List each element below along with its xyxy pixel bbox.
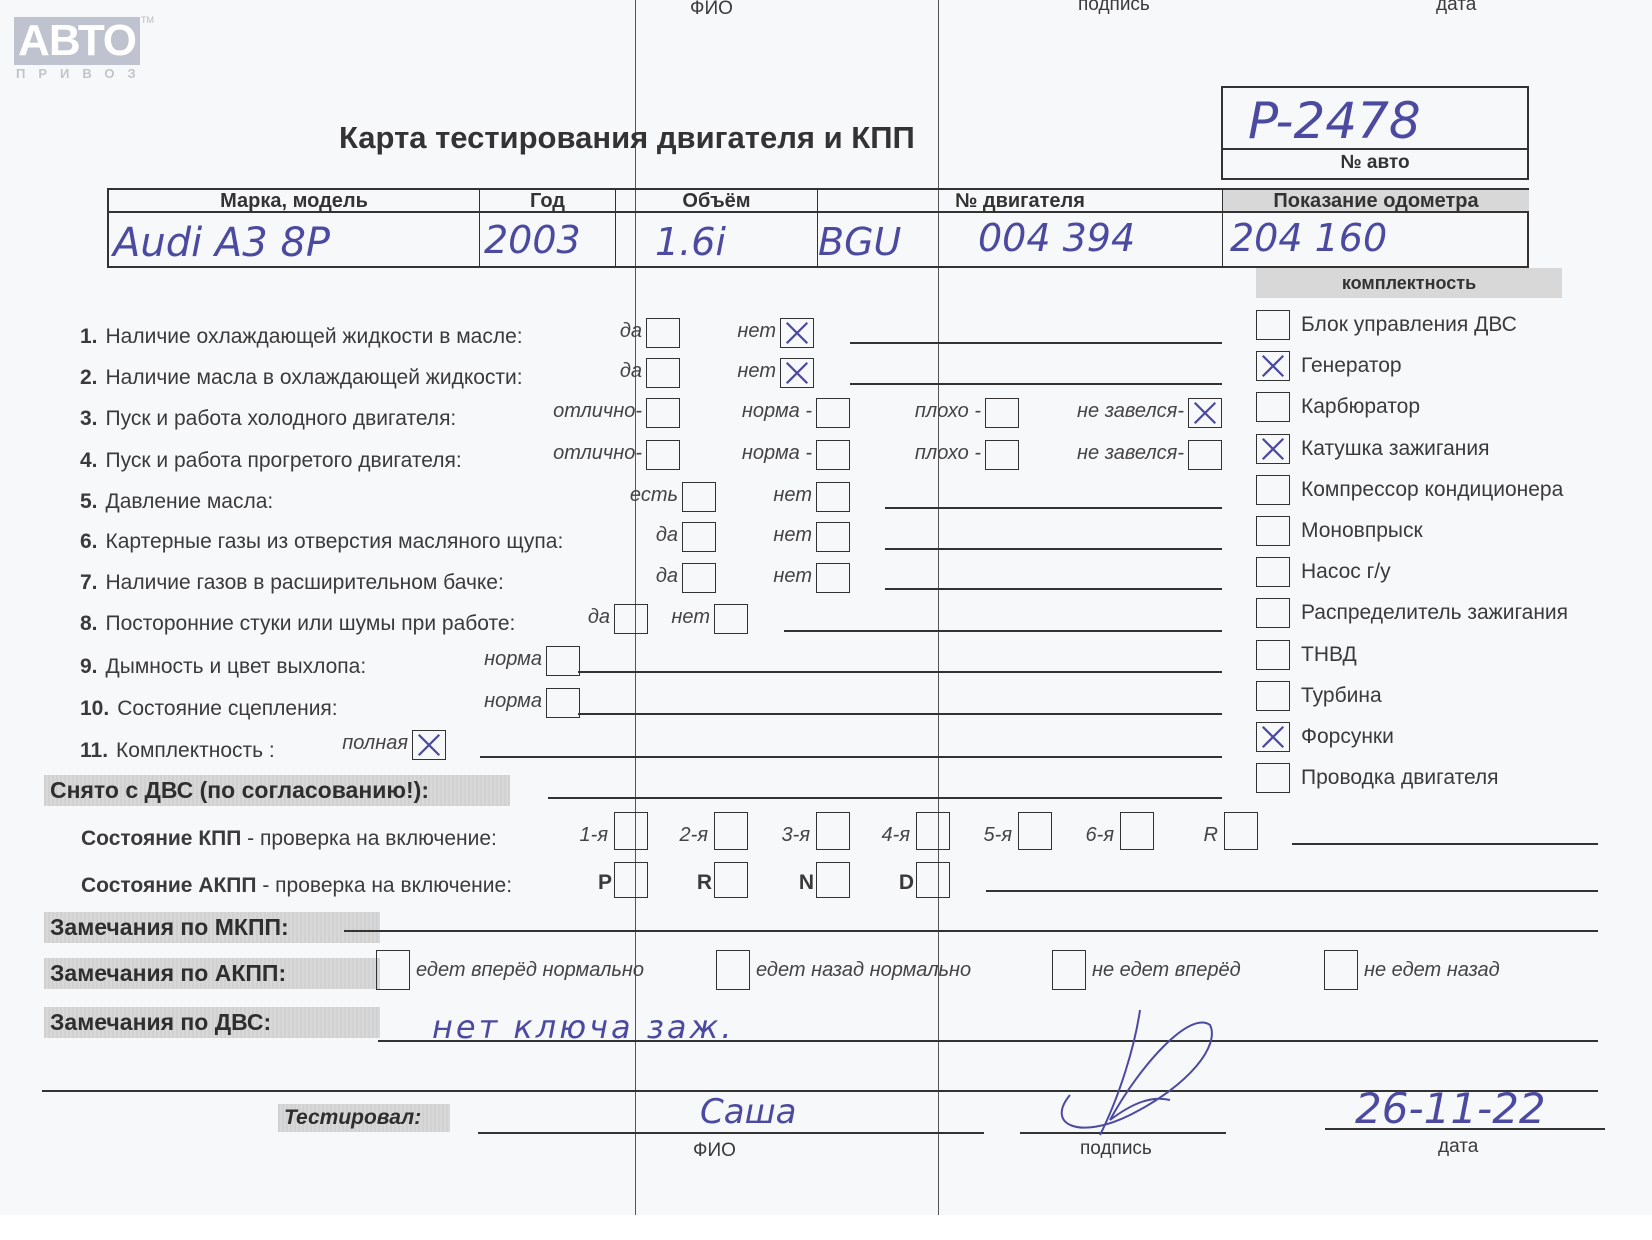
date-caption: дата xyxy=(1438,1136,1478,1158)
completeness-checkbox[interactable] xyxy=(1256,475,1290,505)
akpp-remark-label: не едет назад xyxy=(1364,959,1500,982)
remark-line xyxy=(578,713,1222,715)
checkbox-7-2[interactable] xyxy=(816,563,850,593)
fio-caption: ФИО xyxy=(693,1140,736,1162)
checkbox-4-3[interactable] xyxy=(985,440,1019,470)
akpp-remark-label: едет вперёд нормально xyxy=(416,959,644,982)
option-label: нет xyxy=(773,484,812,507)
gear-checkbox[interactable] xyxy=(816,812,850,850)
option-label: полная xyxy=(342,732,408,755)
completeness-checkbox[interactable] xyxy=(1256,310,1290,340)
option-label: нет xyxy=(737,320,776,343)
top-date-label: дата xyxy=(1436,0,1476,16)
akpp-position-label: D xyxy=(899,871,914,895)
auto-remarks-label: Замечания по АКПП: xyxy=(44,958,380,989)
option-label: норма xyxy=(484,690,542,713)
completeness-checkbox[interactable] xyxy=(1256,640,1290,670)
option-label: не завелся- xyxy=(1077,442,1184,465)
checkbox-4-1[interactable] xyxy=(646,440,680,470)
checklist-item-11: 11.Комплектность : xyxy=(80,739,275,763)
auto-gearbox-label: Состояние АКПП - проверка на включение: xyxy=(81,874,512,898)
car-number-value[interactable]: P-2478 xyxy=(1248,92,1421,150)
manual-gearbox-label: Состояние КПП - проверка на включение: xyxy=(81,827,497,851)
engine-code-value[interactable]: BGU xyxy=(818,220,901,264)
akpp-position-checkbox[interactable] xyxy=(816,862,850,898)
option-label: есть xyxy=(630,484,678,507)
remark-line xyxy=(1292,843,1598,845)
completeness-item-label: Турбина xyxy=(1301,684,1382,708)
car-number-label: № авто xyxy=(1223,152,1527,174)
checkbox-11-1[interactable] xyxy=(412,730,446,760)
option-label: нет xyxy=(671,606,710,629)
checkbox-5-2[interactable] xyxy=(816,482,850,512)
completeness-checkbox[interactable] xyxy=(1256,351,1290,381)
option-label: да xyxy=(620,360,642,383)
checkbox-8-1[interactable] xyxy=(614,604,648,634)
checkbox-6-2[interactable] xyxy=(816,522,850,552)
completeness-checkbox[interactable] xyxy=(1256,434,1290,464)
option-label: да xyxy=(620,320,642,343)
fio-line xyxy=(478,1132,984,1134)
checklist-item-1: 1.Наличие охлаждающей жидкости в масле: xyxy=(80,325,523,349)
checkbox-9-1[interactable] xyxy=(546,646,580,676)
checkbox-2-1[interactable] xyxy=(646,358,680,388)
completeness-item-label: Проводка двигателя xyxy=(1301,766,1499,790)
gear-label: 4-я xyxy=(882,824,910,847)
completeness-item-label: Блок управления ДВС xyxy=(1301,313,1517,337)
option-label: отлично- xyxy=(553,442,642,465)
engine-number-value[interactable]: 004 394 xyxy=(978,216,1135,260)
checkbox-5-1[interactable] xyxy=(682,482,716,512)
checklist-item-2: 2.Наличие масла в охлаждающей жидкости: xyxy=(80,366,523,390)
gear-label: 1-я xyxy=(580,824,608,847)
akpp-position-checkbox[interactable] xyxy=(916,862,950,898)
completeness-item-label: Компрессор кондиционера xyxy=(1301,478,1563,502)
page-title: Карта тестирования двигателя и КПП xyxy=(339,120,915,156)
akpp-remark-label: едет назад нормально xyxy=(756,959,971,982)
gear-label: 2-я xyxy=(680,824,708,847)
option-label: плохо - xyxy=(915,442,981,465)
gear-checkbox[interactable] xyxy=(1224,812,1258,850)
header-model: Марка, модель xyxy=(109,190,479,211)
akpp-remark-checkbox[interactable] xyxy=(716,950,750,990)
akpp-position-label: P xyxy=(598,871,612,895)
gear-label: 5-я xyxy=(984,824,1012,847)
gear-label: 6-я xyxy=(1086,824,1114,847)
checklist-item-6: 6.Картерные газы из отверстия масляного … xyxy=(80,530,563,554)
checklist-item-5: 5.Давление масла: xyxy=(80,490,273,514)
cross-mark-icon xyxy=(1189,399,1221,427)
remark-line xyxy=(885,507,1222,509)
akpp-position-checkbox[interactable] xyxy=(614,862,648,898)
cross-mark-icon xyxy=(1257,352,1289,380)
option-label: нет xyxy=(737,360,776,383)
option-label: норма - xyxy=(742,400,812,423)
completeness-checkbox[interactable] xyxy=(1256,763,1290,793)
manual-remarks-label: Замечания по МКПП: xyxy=(44,912,380,943)
completeness-item-label: Насос г/у xyxy=(1301,560,1391,584)
gear-checkbox[interactable] xyxy=(1018,812,1052,850)
checklist-item-9: 9.Дымность и цвет выхлопа: xyxy=(80,655,366,679)
removed-section-header: Снято с ДВС (по согласованию!): xyxy=(44,775,510,806)
completeness-checkbox[interactable] xyxy=(1256,722,1290,752)
remark-line xyxy=(578,671,1222,673)
checklist-item-3: 3.Пуск и работа холодного двигателя: xyxy=(80,407,456,431)
gear-checkbox[interactable] xyxy=(714,812,748,850)
gear-label: R xyxy=(1204,824,1218,847)
signature-scribble xyxy=(1040,1005,1240,1150)
tester-name-value[interactable]: Саша xyxy=(700,1092,797,1132)
avto-privoz-logo: АВТО xyxy=(14,17,140,65)
manual-remarks-line[interactable] xyxy=(344,930,1598,932)
tested-by-label: Тестировал: xyxy=(278,1104,450,1132)
cross-mark-icon xyxy=(781,319,813,347)
checklist-item-10: 10.Состояние сцепления: xyxy=(80,697,338,721)
checkbox-1-1[interactable] xyxy=(646,318,680,348)
checkbox-3-4[interactable] xyxy=(1188,398,1222,428)
checkbox-8-2[interactable] xyxy=(714,604,748,634)
gear-label: 3-я xyxy=(782,824,810,847)
logo-subtitle: ПРИВОЗ xyxy=(16,66,149,81)
remark-line xyxy=(850,383,1222,385)
completeness-item-label: Генератор xyxy=(1301,354,1402,378)
remark-line xyxy=(850,342,1222,344)
akpp-remark-label: не едет вперёд xyxy=(1092,959,1241,982)
completeness-header: комплектность xyxy=(1256,268,1562,298)
completeness-item-label: Форсунки xyxy=(1301,725,1394,749)
cross-mark-icon xyxy=(781,359,813,387)
checkbox-7-1[interactable] xyxy=(682,563,716,593)
model-value[interactable]: Audi A3 8P xyxy=(113,220,330,266)
completeness-checkbox[interactable] xyxy=(1256,392,1290,422)
trademark-mark: TM xyxy=(141,15,154,25)
cross-mark-icon xyxy=(1257,723,1289,751)
completeness-item-label: Катушка зажигания xyxy=(1301,437,1489,461)
akpp-position-label: R xyxy=(697,871,712,895)
checkbox-3-3[interactable] xyxy=(985,398,1019,428)
completeness-checkbox[interactable] xyxy=(1256,557,1290,587)
completeness-checkbox[interactable] xyxy=(1256,681,1290,711)
checkbox-2-2[interactable] xyxy=(780,358,814,388)
remark-line xyxy=(986,890,1598,892)
checklist-item-7: 7.Наличие газов в расширительном бачке: xyxy=(80,571,504,595)
completeness-item-label: ТНВД xyxy=(1301,643,1357,667)
checkbox-3-1[interactable] xyxy=(646,398,680,428)
remark-line xyxy=(480,756,1222,758)
engine-remarks-line xyxy=(378,1040,1598,1042)
option-label: норма xyxy=(484,648,542,671)
option-label: нет xyxy=(773,524,812,547)
checkbox-4-4[interactable] xyxy=(1188,440,1222,470)
akpp-remark-checkbox[interactable] xyxy=(376,950,410,990)
option-label: да xyxy=(656,565,678,588)
completeness-checkbox[interactable] xyxy=(1256,598,1290,628)
remark-line xyxy=(784,630,1222,632)
gear-checkbox[interactable] xyxy=(614,812,648,850)
checkbox-10-1[interactable] xyxy=(546,688,580,718)
fold-line xyxy=(938,0,939,1215)
akpp-position-label: N xyxy=(799,871,814,895)
volume-value[interactable]: 1.6i xyxy=(655,220,726,264)
option-label: норма - xyxy=(742,442,812,465)
option-label: да xyxy=(588,606,610,629)
signature-caption: подпись xyxy=(1080,1138,1152,1160)
checkbox-1-2[interactable] xyxy=(780,318,814,348)
cross-mark-icon xyxy=(413,731,445,759)
akpp-position-checkbox[interactable] xyxy=(714,862,748,898)
remark-line xyxy=(548,797,1222,799)
option-label: не завелся- xyxy=(1077,400,1184,423)
akpp-remark-checkbox[interactable] xyxy=(1052,950,1086,990)
completeness-item-label: Карбюратор xyxy=(1301,395,1420,419)
akpp-remark-checkbox[interactable] xyxy=(1324,950,1358,990)
top-fio-label: ФИО xyxy=(690,0,733,20)
option-label: отлично- xyxy=(553,400,642,423)
completeness-item-label: Моновпрыск xyxy=(1301,519,1423,543)
test-card-page: АВТО TM ПРИВОЗ ФИО подпись дата Карта те… xyxy=(0,0,1652,1215)
test-date-value[interactable]: 26-11-22 xyxy=(1355,1084,1546,1133)
cross-mark-icon xyxy=(1257,435,1289,463)
checkbox-6-1[interactable] xyxy=(682,522,716,552)
checkbox-3-2[interactable] xyxy=(816,398,850,428)
top-signature-label: подпись xyxy=(1078,0,1150,16)
remark-line xyxy=(885,588,1222,590)
completeness-checkbox[interactable] xyxy=(1256,516,1290,546)
completeness-item-label: Распределитель зажигания xyxy=(1301,601,1568,625)
year-value[interactable]: 2003 xyxy=(484,218,581,262)
option-label: плохо - xyxy=(915,400,981,423)
checklist-item-8: 8.Посторонние стуки или шумы при работе: xyxy=(80,612,515,636)
gear-checkbox[interactable] xyxy=(1120,812,1154,850)
option-label: да xyxy=(656,524,678,547)
odometer-value[interactable]: 204 160 xyxy=(1230,216,1387,260)
option-label: нет xyxy=(773,565,812,588)
engine-remarks-label: Замечания по ДВС: xyxy=(44,1007,380,1038)
checkbox-4-2[interactable] xyxy=(816,440,850,470)
remark-line xyxy=(885,548,1222,550)
checklist-item-4: 4.Пуск и работа прогретого двигателя: xyxy=(80,449,462,473)
gear-checkbox[interactable] xyxy=(916,812,950,850)
